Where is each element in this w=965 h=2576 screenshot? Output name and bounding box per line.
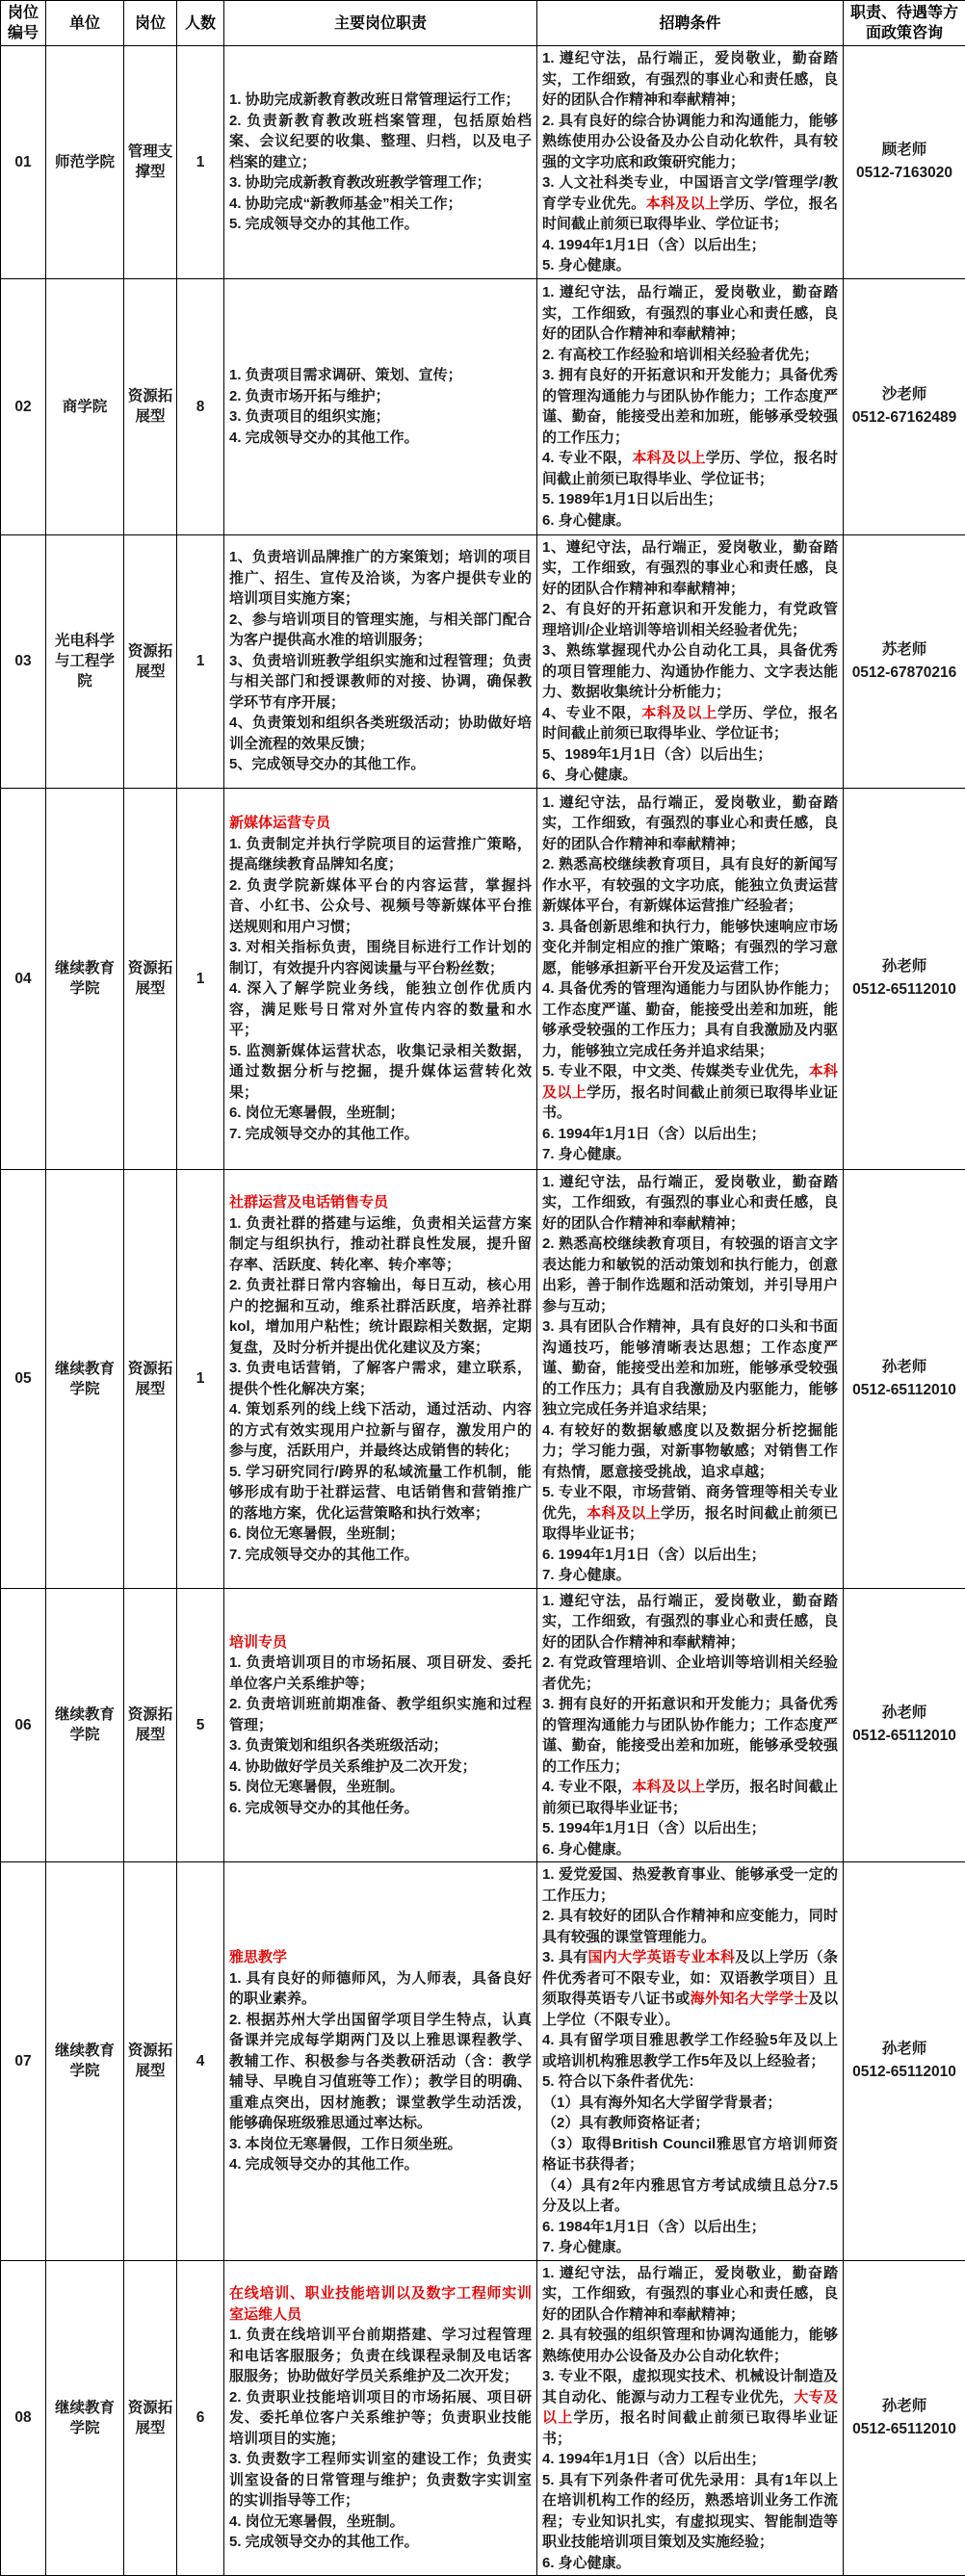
duty-line: 1. 具有良好的师德师风，为人师表，具备良好的职业素养。 <box>229 1968 532 2010</box>
condition-line: 6. 1994年1月1日（含）以后出生； <box>542 1124 838 1145</box>
contact-name: 孙老师 <box>845 2038 964 2061</box>
highlighted-requirement: 本科及以上 <box>641 705 717 721</box>
contact-name: 孙老师 <box>845 2395 964 2418</box>
duty-line: 1. 负责制定并执行学院项目的运营推广策略，提高继续教育品牌知名度； <box>229 834 532 875</box>
condition-line: 1. 遵纪守法，品行端正，爱岗敬业，勤奋踏实，工作细致，有强烈的事业心和责任感，… <box>542 1591 838 1653</box>
condition-line: 3. 专业不限，虚拟现实技术、机械设计制造及其自动化、能源与动力工程专业优先，大… <box>542 2366 838 2449</box>
duty-line: 3. 负责策划和组织各类班级活动； <box>229 1735 532 1756</box>
unit-cell: 继续教育学院 <box>46 1588 124 1862</box>
duty-line: 2. 负责培训班前期准备、教学组织实施和过程管理； <box>229 1694 532 1735</box>
conditions-cell: 1. 遵纪守法，品行端正，爱岗敬业，勤奋踏实，工作细致，有强烈的事业心和责任感，… <box>537 46 844 279</box>
condition-line: （2）具有教师资格证者； <box>542 2113 838 2134</box>
position-id-cell: 02 <box>1 278 46 534</box>
condition-line: 4. 专业不限，本科及以上学历，报名时间截止前须已取得毕业证书； <box>542 1777 838 1818</box>
table-row: 02商学院资源拓展型81. 负责项目需求调研、策划、宣传；2. 负责市场开拓与维… <box>1 278 965 534</box>
duty-line: 5. 岗位无寒暑假，坐班制。 <box>229 1777 532 1798</box>
conditions-cell: 1. 遵纪守法，品行端正，爱岗敬业，勤奋踏实，工作细致，有强烈的事业心和责任感，… <box>537 1169 844 1588</box>
unit-cell: 商学院 <box>46 278 124 534</box>
duty-line: 4. 岗位无寒暑假，坐班制。 <box>229 2511 532 2533</box>
highlighted-requirement: 本科及以上 <box>587 1505 661 1522</box>
condition-line: 1、遵纪守法，品行端正，爱岗敬业，勤奋踏实，工作细致，有强烈的事业心和责任感，良… <box>542 537 838 600</box>
condition-line: 2. 具有较好的团队合作精神和应变能力，同时具有较强的课堂管理能力。 <box>542 1906 838 1947</box>
condition-line: 2. 具有良好的综合协调能力和沟通能力，能够熟练使用办公设备及办公自动化软件，具… <box>542 111 838 173</box>
conditions-cell: 1、遵纪守法，品行端正，爱岗敬业，勤奋踏实，工作细致，有强烈的事业心和责任感，良… <box>537 534 844 788</box>
position-id-cell: 01 <box>1 46 46 279</box>
contact-cell: 孙老师0512-65112010 <box>844 788 965 1169</box>
condition-line: 2. 熟悉高校继续教育项目，具有良好的新闻写作水平，有较强的文字功底，能独立负责… <box>542 854 838 917</box>
post-type-cell: 管理支撑型 <box>124 46 177 279</box>
highlighted-requirement: 本科及以上 <box>632 1779 705 1795</box>
contact-cell: 孙老师0512-65112010 <box>844 2260 965 2576</box>
table-row: 04继续教育学院资源拓展型1新媒体运营专员1. 负责制定并执行学院项目的运营推广… <box>1 788 965 1169</box>
position-id-cell: 06 <box>1 1588 46 1862</box>
condition-line: 2、有良好的开拓意识和开发能力，有党政管理培训/企业培训等培训相关经验者优先； <box>542 599 838 640</box>
condition-line: 5. 1994年1月1日（含）以后出生； <box>542 1818 838 1839</box>
condition-line: 6. 1984年1月1日（含）以后出生； <box>542 2217 838 2238</box>
conditions-cell: 1. 遵纪守法，品行端正，爱岗敬业，勤奋踏实，工作细致，有强烈的事业心和责任感，… <box>537 788 844 1169</box>
condition-line: 3. 具有国内大学英语专业本科及以上学历（条件优秀者可不限专业，如：双语教学项目… <box>542 1947 838 2030</box>
table-row: 03光电科学与工程学院资源拓展型11、负责培训品牌推广的方案策划；培训的项目推广… <box>1 534 965 788</box>
condition-line: 7. 身心健康。 <box>542 1565 838 1586</box>
contact-cell: 孙老师0512-65112010 <box>844 1169 965 1588</box>
headcount-cell: 1 <box>177 1169 224 1588</box>
duty-line: 2. 负责社群日常内容输出，每日互动，核心用户的挖掘和互动，维系社群活跃度，培养… <box>229 1275 532 1358</box>
duty-line: 3. 负责数字工程师实训室的建设工作；负责实训室设备的日常管理与维护；负责数字实… <box>229 2449 532 2511</box>
headcount-cell: 5 <box>177 1588 224 1862</box>
duty-line: 5、完成领导交办的其他工作。 <box>229 754 532 775</box>
condition-line: 2. 具有较强的组织管理和协调沟通能力，能够熟练使用办公设备及办公自动化软件； <box>542 2325 838 2366</box>
job-table-body: 01师范学院管理支撑型11. 协助完成新教育教改班日常管理运行工作；2. 负责新… <box>1 46 965 2576</box>
duties-cell: 社群运营及电话销售专员1. 负责社群的搭建与运维，负责相关运营方案制定与组织执行… <box>224 1169 537 1588</box>
highlighted-requirement: 本科及以上 <box>542 1063 838 1101</box>
duties-cell: 1. 负责项目需求调研、策划、宣传；2. 负责市场开拓与维护；3. 负责项目的组… <box>224 278 537 534</box>
condition-line: 1. 遵纪守法，品行端正，爱岗敬业，勤奋踏实，工作细致，有强烈的事业心和责任感，… <box>542 282 838 345</box>
duty-line: 4、负责策划和组织各类班级活动；协助做好培训全流程的效果反馈； <box>229 713 532 754</box>
position-id-cell: 04 <box>1 788 46 1169</box>
duty-line: 1. 协助完成新教育教改班日常管理运行工作； <box>229 90 532 111</box>
duty-line: 2. 根据苏州大学出国留学项目学生特点，认真备课并完成每学期两门及以上雅思课程教… <box>229 2010 532 2134</box>
condition-line: 3. 人文社科类专业，中国语言文学/管理学/教育学专业优先。本科及以上学历、学位… <box>542 172 838 235</box>
contact-phone: 0512-65112010 <box>845 2061 964 2084</box>
duty-line: 3. 负责电话营销，了解客户需求，建立联系，提供个性化解决方案； <box>229 1358 532 1399</box>
table-row: 05继续教育学院资源拓展型1社群运营及电话销售专员1. 负责社群的搭建与运维，负… <box>1 1169 965 1588</box>
header-conditions: 招聘条件 <box>537 1 844 46</box>
table-row: 06继续教育学院资源拓展型5培训专员1. 负责培训项目的市场拓展、项目研发、委托… <box>1 1588 965 1862</box>
duties-cell: 1. 协助完成新教育教改班日常管理运行工作；2. 负责新教育教改班档案管理，包括… <box>224 46 537 279</box>
job-posting-table: 岗位编号 单位 岗位 人数 主要岗位职责 招聘条件 职责、待遇等方面政策咨询 0… <box>0 0 965 2576</box>
condition-line: 2. 熟悉高校继续教育项目，有较强的语言文字表达能力和敏锐的活动策划和执行能力，… <box>542 1234 838 1316</box>
contact-phone: 0512-7163020 <box>845 162 964 185</box>
position-title: 社群运营及电话销售专员 <box>229 1192 532 1213</box>
post-type-cell: 资源拓展型 <box>124 1862 177 2261</box>
duty-line: 5. 完成领导交办的其他工作。 <box>229 214 532 235</box>
duty-line: 5. 监测新媒体运营状态，收集记录相关数据，通过数据分析与挖掘，提升媒体运营转化… <box>229 1041 532 1104</box>
contact-cell: 孙老师0512-65112010 <box>844 1588 965 1862</box>
condition-line: 5、1989年1月1日（含）以后出生； <box>542 744 838 766</box>
headcount-cell: 1 <box>177 534 224 788</box>
contact-phone: 0512-65112010 <box>845 978 964 1002</box>
position-id-cell: 08 <box>1 2260 46 2576</box>
condition-line: 6. 身心健康。 <box>542 2553 838 2574</box>
contact-cell: 孙老师0512-65112010 <box>844 1862 965 2261</box>
highlighted-requirement: 本科及以上 <box>646 195 720 212</box>
contact-name: 孙老师 <box>845 955 964 978</box>
duty-line: 1. 负责培训项目的市场拓展、项目研发、委托单位客户关系维护等； <box>229 1652 532 1694</box>
header-post-type: 岗位 <box>124 1 177 46</box>
highlighted-requirement: 海外知名大学学士 <box>691 1991 809 2007</box>
condition-line: 1. 遵纪守法，品行端正，爱岗敬业，勤奋踏实，工作细致，有强烈的事业心和责任感，… <box>542 2263 838 2326</box>
condition-line: 1. 爱党爱国、热爱教育事业、能够承受一定的工作压力； <box>542 1864 838 1906</box>
position-id-cell: 07 <box>1 1862 46 2261</box>
condition-line: 6. 身心健康。 <box>542 510 838 532</box>
condition-line: 5. 1989年1月1日以后出生； <box>542 489 838 510</box>
contact-name: 顾老师 <box>845 139 964 162</box>
duties-cell: 在线培训、职业技能培训以及数字工程师实训室运维人员1. 负责在线培训平台前期搭建… <box>224 2260 537 2576</box>
duty-line: 3. 本岗位无寒暑假，工作日须坐班。 <box>229 2134 532 2155</box>
duty-line: 4. 协助完成“新教师基金”相关工作； <box>229 194 532 215</box>
duty-line: 2. 负责学院新媒体平台的内容运营，掌握抖音、小红书、公众号、视频号等新媒体平台… <box>229 875 532 938</box>
condition-line: 7. 身心健康。 <box>542 2237 838 2258</box>
condition-line: 3. 拥有良好的开拓意识和开发能力；具备优秀的管理沟通能力与团队协作能力；工作态… <box>542 1694 838 1777</box>
table-row: 08继续教育学院资源拓展型6在线培训、职业技能培训以及数字工程师实训室运维人员1… <box>1 2260 965 2576</box>
duty-line: 4. 协助做好学员关系维护及二次开发； <box>229 1756 532 1778</box>
duties-cell: 培训专员1. 负责培训项目的市场拓展、项目研发、委托单位客户关系维护等；2. 负… <box>224 1588 537 1862</box>
condition-line: 2. 有高校工作经验和培训相关经验者优先； <box>542 345 838 366</box>
conditions-cell: 1. 遵纪守法，品行端正，爱岗敬业，勤奋踏实，工作细致，有强烈的事业心和责任感，… <box>537 278 844 534</box>
headcount-cell: 6 <box>177 2260 224 2576</box>
condition-line: 1. 遵纪守法，品行端正，爱岗敬业，勤奋踏实，工作细致，有强烈的事业心和责任感，… <box>542 1172 838 1235</box>
condition-line: 6. 1994年1月1日（含）以后出生； <box>542 1545 838 1566</box>
condition-line: 5. 符合以下条件者优先： <box>542 2071 838 2093</box>
contact-phone: 0512-67162489 <box>845 406 964 429</box>
position-title: 雅思教学 <box>229 1947 532 1968</box>
contact-name: 孙老师 <box>845 1356 964 1379</box>
contact-phone: 0512-65112010 <box>845 2418 964 2441</box>
position-id-cell: 03 <box>1 534 46 788</box>
duty-line: 6. 完成领导交办的其他任务。 <box>229 1798 532 1819</box>
conditions-cell: 1. 遵纪守法，品行端正，爱岗敬业，勤奋踏实，工作细致，有强烈的事业心和责任感，… <box>537 2260 844 2576</box>
duty-line: 2、参与培训项目的管理实施，与相关部门配合为客户提供高水准的培训服务； <box>229 610 532 651</box>
duty-line: 7. 完成领导交办的其他工作。 <box>229 1124 532 1145</box>
headcount-cell: 1 <box>177 788 224 1169</box>
duty-line: 2. 负责市场开拓与维护； <box>229 386 532 407</box>
duty-line: 5. 学习研究同行/跨界的私域流量工作机制，能够形成有助于社群运营、电话销售和营… <box>229 1462 532 1524</box>
condition-line: （1）具有海外知名大学留学背景者； <box>542 2093 838 2114</box>
duty-line: 4. 策划系列的线上线下活动，通过活动、内容的方式有效实现用户拉新与留存，激发用… <box>229 1399 532 1462</box>
condition-line: 7. 身心健康。 <box>542 1144 838 1165</box>
duty-line: 3. 对相关指标负责，围绕目标进行工作计划的制订，有效提升内容阅读量与平台粉丝数… <box>229 937 532 978</box>
table-row: 01师范学院管理支撑型11. 协助完成新教育教改班日常管理运行工作；2. 负责新… <box>1 46 965 279</box>
condition-line: 3. 具备创新思维和执行力，能够快速响应市场变化并制定相应的推广策略；有强烈的学… <box>542 917 838 979</box>
condition-line: （3）取得British Council雅思官方培训师资格证书获得者； <box>542 2134 838 2175</box>
condition-line: 4. 具有留学项目雅思教学工作经验5年及以上或培训机构雅思教学工作5年及以上经验… <box>542 2030 838 2071</box>
duty-line: 1、负责培训品牌推广的方案策划；培训的项目推广、招生、宣传及洽谈，为客户提供专业… <box>229 547 532 610</box>
contact-name: 苏老师 <box>845 638 964 662</box>
duty-line: 2. 负责职业技能培训项目的市场拓展、项目研发、委托单位客户关系维护等；负责职业… <box>229 2387 532 2450</box>
condition-line: 1. 遵纪守法，品行端正，爱岗敬业，勤奋踏实，工作细致，有强烈的事业心和责任感，… <box>542 793 838 855</box>
condition-line: 4、专业不限，本科及以上学历、学位，报名时间截止前须已取得毕业、学位证书； <box>542 703 838 744</box>
condition-line: 5. 专业不限，市场营销、商务管理等相关专业优先，本科及以上学历，报名时间截止前… <box>542 1482 838 1545</box>
post-type-cell: 资源拓展型 <box>124 1588 177 1862</box>
condition-line: （4）具有2年内雅思官方考试成绩且总分7.5分及以上者。 <box>542 2175 838 2217</box>
condition-line: 6. 身心健康。 <box>542 1839 838 1860</box>
unit-cell: 光电科学与工程学院 <box>46 534 124 788</box>
highlighted-requirement: 本科及以上 <box>632 450 705 466</box>
contact-phone: 0512-65112010 <box>845 1379 964 1402</box>
post-type-cell: 资源拓展型 <box>124 2260 177 2576</box>
condition-line: 5. 具有下列条件者可优先录用：具有1年以上在培训机构工作的经历，熟悉培训业务工… <box>542 2470 838 2553</box>
duty-line: 1. 负责项目需求调研、策划、宣传； <box>229 365 532 386</box>
highlighted-requirement: 大专及以上 <box>542 2389 838 2427</box>
header-row: 岗位编号 单位 岗位 人数 主要岗位职责 招聘条件 职责、待遇等方面政策咨询 <box>1 1 965 46</box>
condition-line: 3. 具有团队合作精神，具有良好的口头和书面沟通技巧，能够清晰表达思想；工作态度… <box>542 1316 838 1420</box>
contact-cell: 苏老师0512-67870216 <box>844 534 965 788</box>
post-type-cell: 资源拓展型 <box>124 1169 177 1588</box>
condition-line: 4. 具备优秀的管理沟通能力与团队协作能力；工作态度严谨、勤奋，能接受出差和加班… <box>542 978 838 1061</box>
unit-cell: 继续教育学院 <box>46 1862 124 2261</box>
duty-line: 7. 完成领导交办的其他工作。 <box>229 1545 532 1566</box>
duty-line: 4. 深入了解学院业务线，能独立创作优质内容，满足账号日常对外宣传内容的数量和水… <box>229 978 532 1041</box>
duties-cell: 1、负责培训品牌推广的方案策划；培训的项目推广、招生、宣传及洽谈，为客户提供专业… <box>224 534 537 788</box>
duty-line: 6. 岗位无寒暑假，坐班制； <box>229 1103 532 1124</box>
condition-line: 3. 拥有良好的开拓意识和开发能力；具备优秀的管理沟通能力与团队协作能力；工作态… <box>542 365 838 448</box>
unit-cell: 师范学院 <box>46 46 124 279</box>
condition-line: 4. 专业不限，本科及以上学历、学位，报名时间截止前须已取得毕业、学位证书； <box>542 448 838 489</box>
duty-line: 6. 岗位无寒暑假，坐班制； <box>229 1523 532 1545</box>
condition-line: 4. 有较好的数据敏感度以及数据分析挖掘能力；学习能力强，对新事物敏感；对销售工… <box>542 1420 838 1483</box>
post-type-cell: 资源拓展型 <box>124 534 177 788</box>
post-type-cell: 资源拓展型 <box>124 788 177 1169</box>
duty-line: 2. 负责新教育教改班档案管理，包括原始档案、会议纪要的收集、整理、归档，以及电… <box>229 111 532 173</box>
contact-phone: 0512-67870216 <box>845 662 964 685</box>
condition-line: 4. 1994年1月1日（含）以后出生； <box>542 2449 838 2470</box>
header-duties: 主要岗位职责 <box>224 1 537 46</box>
contact-cell: 沙老师0512-67162489 <box>844 278 965 534</box>
highlighted-requirement: 国内大学英语专业本科 <box>588 1949 736 1965</box>
unit-cell: 继续教育学院 <box>46 1169 124 1588</box>
condition-line: 3、熟练掌握现代办公自动化工具，具备优秀的项目管理能力、沟通协作能力、文字表达能… <box>542 640 838 703</box>
condition-line: 6、身心健康。 <box>542 765 838 786</box>
post-type-cell: 资源拓展型 <box>124 278 177 534</box>
table-row: 07继续教育学院资源拓展型4雅思教学1. 具有良好的师德师风，为人师表，具备良好… <box>1 1862 965 2261</box>
condition-line: 2. 有党政管理培训、企业培训等培训相关经验者优先； <box>542 1652 838 1694</box>
position-title: 新媒体运营专员 <box>229 813 532 834</box>
header-count: 人数 <box>177 1 224 46</box>
conditions-cell: 1. 遵纪守法，品行端正，爱岗敬业，勤奋踏实，工作细致，有强烈的事业心和责任感，… <box>537 1588 844 1862</box>
position-title: 培训专员 <box>229 1632 532 1653</box>
unit-cell: 继续教育学院 <box>46 788 124 1169</box>
contact-phone: 0512-65112010 <box>845 1725 964 1748</box>
position-title: 在线培训、职业技能培训以及数字工程师实训室运维人员 <box>229 2283 532 2325</box>
duty-line: 1. 负责在线培训平台前期搭建、学习过程管理和电话客服服务；负责在线课程录制及电… <box>229 2325 532 2387</box>
header-contact: 职责、待遇等方面政策咨询 <box>844 1 965 46</box>
duty-line: 3. 协助完成新教育教改班教学管理工作； <box>229 172 532 194</box>
duty-line: 4. 完成领导交办的其他工作。 <box>229 428 532 449</box>
contact-name: 沙老师 <box>845 383 964 406</box>
duties-cell: 新媒体运营专员1. 负责制定并执行学院项目的运营推广策略，提高继续教育品牌知名度… <box>224 788 537 1169</box>
contact-cell: 顾老师0512-7163020 <box>844 46 965 279</box>
duty-line: 3. 负责项目的组织实施； <box>229 406 532 428</box>
condition-line: 5. 身心健康。 <box>542 255 838 276</box>
contact-name: 孙老师 <box>845 1702 964 1725</box>
condition-line: 4. 1994年1月1日（含）以后出生； <box>542 235 838 256</box>
headcount-cell: 4 <box>177 1862 224 2261</box>
headcount-cell: 8 <box>177 278 224 534</box>
duty-line: 4. 完成领导交办的其他工作。 <box>229 2154 532 2175</box>
condition-line: 1. 遵纪守法，品行端正，爱岗敬业，勤奋踏实，工作细致，有强烈的事业心和责任感，… <box>542 48 838 111</box>
duties-cell: 雅思教学1. 具有良好的师德师风，为人师表，具备良好的职业素养。2. 根据苏州大… <box>224 1862 537 2261</box>
condition-line: 5. 专业不限，中文类、传媒类专业优先，本科及以上学历，报名时间截止前须已取得毕… <box>542 1061 838 1124</box>
duty-line: 1. 负责社群的搭建与运维，负责相关运营方案制定与组织执行，推动社群良性发展，提… <box>229 1213 532 1276</box>
duty-line: 5. 完成领导交办的其他工作。 <box>229 2532 532 2553</box>
header-position-id: 岗位编号 <box>1 1 46 46</box>
position-id-cell: 05 <box>1 1169 46 1588</box>
header-unit: 单位 <box>46 1 124 46</box>
headcount-cell: 1 <box>177 46 224 279</box>
conditions-cell: 1. 爱党爱国、热爱教育事业、能够承受一定的工作压力；2. 具有较好的团队合作精… <box>537 1862 844 2261</box>
unit-cell: 继续教育学院 <box>46 2260 124 2576</box>
duty-line: 3、负责培训班教学组织实施和过程管理；负责与相关部门和授课教师的对接、协调，确保… <box>229 651 532 714</box>
